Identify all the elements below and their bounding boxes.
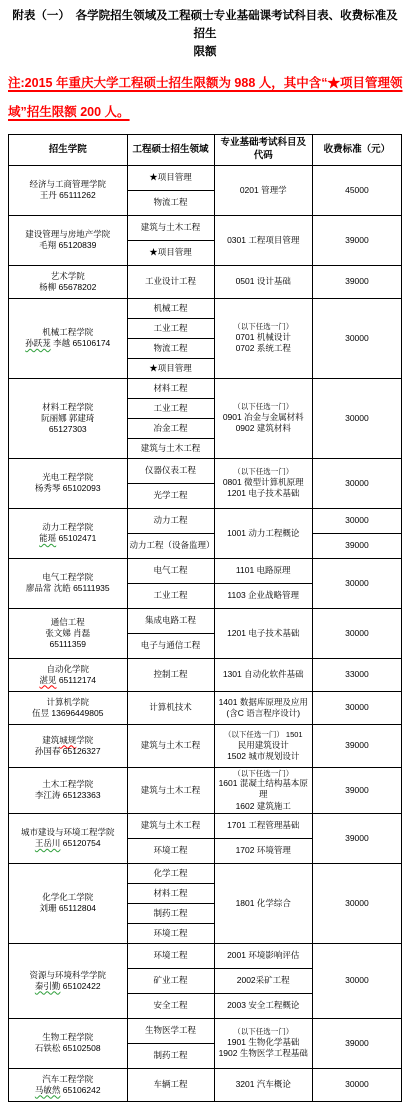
- field-cell: ★项目管理: [127, 240, 214, 265]
- college-contact: 孙国春 65126327: [11, 746, 125, 757]
- fee-cell: 30000: [312, 863, 401, 943]
- field-cell: 工业设计工程: [127, 265, 214, 298]
- field-cell: 生物医学工程: [127, 1018, 214, 1043]
- column-header-field: 工程硕士招生领域: [127, 134, 214, 165]
- field-cell: 材料工程: [127, 883, 214, 903]
- table-row: 生物工程学院 石铁松 65102508 生物医学工程 （以下任选一门） 1901…: [9, 1018, 402, 1043]
- table-row: 光电工程学院 杨秀琴 65102093 仪器仪表工程 （以下任选一门） 0801…: [9, 458, 402, 483]
- field-cell: 物流工程: [127, 338, 214, 358]
- college-cell: 化学化工学院 刘珊 65112804: [9, 863, 128, 943]
- table-row: 土木工程学院 李江涛 65123363 建筑与土木工程 （以下任选一门） 160…: [9, 767, 402, 813]
- college-name: 资源与环境科学学院: [11, 970, 125, 981]
- field-cell: 车辆工程: [127, 1068, 214, 1101]
- exam-cell: （以下任选一门） 0701 机械设计 0702 系统工程: [214, 298, 312, 378]
- college-name: 化学化工学院: [11, 892, 125, 903]
- college-name: 生物工程学院: [11, 1032, 125, 1043]
- exam-option-note: （以下任选一门）: [217, 467, 310, 477]
- exam-options: 0901 冶金与金属材料 0902 建筑材料: [217, 412, 310, 434]
- field-cell: 工业工程: [127, 583, 214, 608]
- fee-cell: 39000: [312, 215, 401, 265]
- field-cell: 矿业工程: [127, 968, 214, 993]
- exam-cell: 2003 安全工程概论: [214, 993, 312, 1018]
- exam-options: 民用建筑设计 1502 城市规划设计: [217, 740, 310, 762]
- college-contact: 杨柳 65678202: [11, 282, 125, 293]
- exam-cell: 1401 数据库原理及应用(含C 语言程序设计): [214, 691, 312, 724]
- field-cell: ★项目管理: [127, 358, 214, 378]
- college-contact: 马敏然 65106242: [11, 1085, 125, 1096]
- college-cell: 建筑城规学院 孙国春 65126327: [9, 724, 128, 767]
- contact-name-misspell: 王岳川: [35, 838, 61, 848]
- table-row: 材料工程学院 阮丽娜 郭建琦 65127303 材料工程 （以下任选一门） 09…: [9, 378, 402, 398]
- fee-cell: 39000: [312, 533, 401, 558]
- field-cell: 材料工程: [127, 378, 214, 398]
- column-header-exam: 专业基础考试科目及代码: [214, 134, 312, 165]
- exam-option-note: （以下任选一门）: [217, 322, 310, 332]
- college-cell: 电气工程学院 廖品常 沈皓 65111935: [9, 558, 128, 608]
- field-cell: 光学工程: [127, 483, 214, 508]
- table-row: 计算机学院 伍昱 13696449805 计算机技术 1401 数据库原理及应用…: [9, 691, 402, 724]
- college-name: 通信工程: [11, 617, 125, 628]
- fee-cell: 30000: [312, 298, 401, 378]
- table-row: 电气工程学院 廖品常 沈皓 65111935 电气工程 1101 电路原理 30…: [9, 558, 402, 583]
- college-cell: 通信工程 张文娣 肖磊 65111359: [9, 608, 128, 658]
- field-cell: ★项目管理: [127, 165, 214, 190]
- college-name: 经济与工商管理学院: [11, 179, 125, 190]
- college-name: 材料工程学院: [11, 402, 125, 413]
- college-contact: 王岳川 65120754: [11, 838, 125, 849]
- college-name: 土木工程学院: [11, 779, 125, 790]
- college-name: 计算机学院: [11, 697, 125, 708]
- exam-cell: 2002采矿工程: [214, 968, 312, 993]
- exam-cell: 1001 动力工程概论: [214, 508, 312, 558]
- exam-cell: 3201 汽车概论: [214, 1068, 312, 1101]
- exam-cell: （以下任选一门） 1501 民用建筑设计 1502 城市规划设计: [214, 724, 312, 767]
- college-name-misspell: 城规: [59, 735, 76, 745]
- college-cell: 计算机学院 伍昱 13696449805: [9, 691, 128, 724]
- exam-cell: （以下任选一门） 1601 混凝土结构基本原理 1602 建筑施工: [214, 767, 312, 813]
- field-cell: 建筑与土木工程: [127, 724, 214, 767]
- college-cell: 机械工程学院 孙跃茏 李越 65106174: [9, 298, 128, 378]
- field-cell: 电气工程: [127, 558, 214, 583]
- exam-cell: 0301 工程项目管理: [214, 215, 312, 265]
- college-name: 机械工程学院: [11, 327, 125, 338]
- college-contact: 能瑶 65102471: [11, 533, 125, 544]
- field-cell: 建筑与土木工程: [127, 215, 214, 240]
- table-row: 艺术学院 杨柳 65678202 工业设计工程 0501 设计基础 39000: [9, 265, 402, 298]
- exam-cell: 1101 电路原理: [214, 558, 312, 583]
- field-cell: 环境工程: [127, 943, 214, 968]
- fee-cell: 30000: [312, 458, 401, 508]
- college-contact-phone: 65111359: [11, 639, 125, 650]
- table-row: 自动化学院 湛见 65112174 控制工程 1301 自动化软件基础 3300…: [9, 658, 402, 691]
- table-row: 建筑城规学院 孙国春 65126327 建筑与土木工程 （以下任选一门） 150…: [9, 724, 402, 767]
- field-cell: 环境工程: [127, 838, 214, 863]
- college-cell: 自动化学院 湛见 65112174: [9, 658, 128, 691]
- college-contact: 王丹 65111262: [11, 190, 125, 201]
- college-contact: 湛见 65112174: [11, 675, 125, 686]
- admissions-table: 招生学院 工程硕士招生领域 专业基础考试科目及代码 收费标准（元） 经济与工商管…: [8, 134, 402, 1102]
- header-row: 招生学院 工程硕士招生领域 专业基础考试科目及代码 收费标准（元）: [9, 134, 402, 165]
- field-cell: 化学工程: [127, 863, 214, 883]
- college-name: 城市建设与环境工程学院: [11, 827, 125, 838]
- college-name: 动力工程学院: [11, 522, 125, 533]
- table-row: 化学化工学院 刘珊 65112804 化学工程 1801 化学综合 30000: [9, 863, 402, 883]
- field-cell: 动力工程: [127, 508, 214, 533]
- field-cell: 建筑与土木工程: [127, 438, 214, 458]
- field-cell: 冶金工程: [127, 418, 214, 438]
- fee-cell: 39000: [312, 265, 401, 298]
- exam-cell: 1701 工程管理基础: [214, 813, 312, 838]
- college-cell: 汽车工程学院 马敏然 65106242: [9, 1068, 128, 1101]
- college-contact: 伍昱 13696449805: [11, 708, 125, 719]
- document-page: 附表（一） 各学院招生领域及工程硕士专业基础课考试科目表、收费标准及招生 限额 …: [0, 0, 410, 1108]
- field-cell: 仪器仪表工程: [127, 458, 214, 483]
- table-row: 城市建设与环境工程学院 王岳川 65120754 建筑与土木工程 1701 工程…: [9, 813, 402, 838]
- contact-name-misspell: 马敏然: [35, 1085, 61, 1095]
- fee-cell: 30000: [312, 1068, 401, 1101]
- exam-option-note: （以下任选一门） 1501: [217, 730, 310, 740]
- contact-name-misspell: 湛见: [39, 675, 56, 685]
- exam-cell: 1201 电子技术基础: [214, 608, 312, 658]
- college-cell: 动力工程学院 能瑶 65102471: [9, 508, 128, 558]
- contact-name-misspell: 秦引勤: [35, 981, 61, 991]
- exam-option-note: （以下任选一门）: [217, 769, 310, 779]
- exam-cell: 1103 企业战略管理: [214, 583, 312, 608]
- college-cell: 土木工程学院 李江涛 65123363: [9, 767, 128, 813]
- table-row: 汽车工程学院 马敏然 65106242 车辆工程 3201 汽车概论 30000: [9, 1068, 402, 1101]
- field-cell: 控制工程: [127, 658, 214, 691]
- exam-options: 0701 机械设计 0702 系统工程: [217, 332, 310, 354]
- exam-cell: 1301 自动化软件基础: [214, 658, 312, 691]
- college-contact: 秦引勤 65102422: [11, 981, 125, 992]
- table-row: 建设管理与房地产学院 毛翔 65120839 建筑与土木工程 0301 工程项目…: [9, 215, 402, 240]
- field-cell: 电子与通信工程: [127, 633, 214, 658]
- college-contact: 李江涛 65123363: [11, 790, 125, 801]
- college-contact: 石铁松 65102508: [11, 1043, 125, 1054]
- exam-cell: （以下任选一门） 1901 生物化学基础 1902 生物医学工程基础: [214, 1018, 312, 1068]
- contact-name-misspell: 能瑶: [39, 533, 56, 543]
- exam-options: 1901 生物化学基础 1902 生物医学工程基础: [217, 1037, 310, 1059]
- field-cell: 安全工程: [127, 993, 214, 1018]
- college-cell: 经济与工商管理学院 王丹 65111262: [9, 165, 128, 215]
- field-cell: 工业工程: [127, 318, 214, 338]
- college-contact: 张文娣 肖磊: [11, 628, 125, 639]
- fee-cell: 30000: [312, 508, 401, 533]
- field-cell: 建筑与土木工程: [127, 813, 214, 838]
- quota-note: 注:2015 年重庆大学工程硕士招生限额为 988 人，其中含“★项目管理领域”…: [8, 69, 403, 125]
- field-cell: 动力工程（设备监理）: [127, 533, 214, 558]
- fee-cell: 39000: [312, 767, 401, 813]
- fee-cell: 30000: [312, 608, 401, 658]
- exam-options: 0801 微型计算机原理 1201 电子技术基础: [217, 477, 310, 499]
- field-cell: 工业工程: [127, 398, 214, 418]
- exam-cell: （以下任选一门） 0901 冶金与金属材料 0902 建筑材料: [214, 378, 312, 458]
- college-cell: 材料工程学院 阮丽娜 郭建琦 65127303: [9, 378, 128, 458]
- exam-option-note: （以下任选一门）: [217, 1027, 310, 1037]
- table-row: 资源与环境科学学院 秦引勤 65102422 环境工程 2001 环境影响评估 …: [9, 943, 402, 968]
- college-cell: 生物工程学院 石铁松 65102508: [9, 1018, 128, 1068]
- field-cell: 物流工程: [127, 190, 214, 215]
- college-contact: 杨秀琴 65102093: [11, 483, 125, 494]
- page-title: 附表（一） 各学院招生领域及工程硕士专业基础课考试科目表、收费标准及招生 限额: [11, 8, 399, 61]
- fee-cell: 30000: [312, 378, 401, 458]
- column-header-college: 招生学院: [9, 134, 128, 165]
- exam-option-note: （以下任选一门）: [217, 402, 310, 412]
- exam-options: 1601 混凝土结构基本原理 1602 建筑施工: [217, 778, 310, 811]
- college-name: 自动化学院: [11, 664, 125, 675]
- page-title-line1: 附表（一） 各学院招生领域及工程硕士专业基础课考试科目表、收费标准及招生: [11, 8, 399, 44]
- fee-cell: 45000: [312, 165, 401, 215]
- field-cell: 计算机技术: [127, 691, 214, 724]
- college-contact: 孙跃茏 李越 65106174: [11, 338, 125, 349]
- fee-cell: 39000: [312, 724, 401, 767]
- college-contact-phone: 65127303: [11, 424, 125, 435]
- exam-cell: 0501 设计基础: [214, 265, 312, 298]
- exam-cell: 2001 环境影响评估: [214, 943, 312, 968]
- table-row: 通信工程 张文娣 肖磊 65111359 集成电路工程 1201 电子技术基础 …: [9, 608, 402, 633]
- fee-cell: 30000: [312, 943, 401, 1018]
- college-contact: 阮丽娜 郭建琦: [11, 413, 125, 424]
- college-cell: 艺术学院 杨柳 65678202: [9, 265, 128, 298]
- college-name: 汽车工程学院: [11, 1074, 125, 1085]
- table-row: 动力工程学院 能瑶 65102471 动力工程 1001 动力工程概论 3000…: [9, 508, 402, 533]
- column-header-fee: 收费标准（元）: [312, 134, 401, 165]
- field-cell: 建筑与土木工程: [127, 767, 214, 813]
- exam-cell: 1702 环境管理: [214, 838, 312, 863]
- fee-cell: 33000: [312, 658, 401, 691]
- college-cell: 建设管理与房地产学院 毛翔 65120839: [9, 215, 128, 265]
- fee-cell: 39000: [312, 1018, 401, 1068]
- page-title-line2: 限额: [11, 44, 399, 62]
- contact-name-misspell: 孙跃茏: [25, 338, 51, 348]
- table-row: 经济与工商管理学院 王丹 65111262 ★项目管理 0201 管理学 450…: [9, 165, 402, 190]
- college-name: 电气工程学院: [11, 572, 125, 583]
- college-contact: 毛翔 65120839: [11, 240, 125, 251]
- college-name: 光电工程学院: [11, 472, 125, 483]
- field-cell: 制药工程: [127, 1043, 214, 1068]
- exam-cell: 1801 化学综合: [214, 863, 312, 943]
- fee-cell: 39000: [312, 813, 401, 863]
- field-cell: 机械工程: [127, 298, 214, 318]
- fee-cell: 30000: [312, 558, 401, 608]
- exam-cell: 0201 管理学: [214, 165, 312, 215]
- college-contact: 廖品常 沈皓 65111935: [11, 583, 125, 594]
- college-name: 建筑城规学院: [11, 735, 125, 746]
- college-cell: 城市建设与环境工程学院 王岳川 65120754: [9, 813, 128, 863]
- table-row: 机械工程学院 孙跃茏 李越 65106174 机械工程 （以下任选一门） 070…: [9, 298, 402, 318]
- college-name: 建设管理与房地产学院: [11, 229, 125, 240]
- college-contact: 刘珊 65112804: [11, 903, 125, 914]
- quota-note-text: 注:2015 年重庆大学工程硕士招生限额为 988 人，其中含“★项目管理领域”…: [8, 76, 403, 118]
- field-cell: 集成电路工程: [127, 608, 214, 633]
- fee-cell: 30000: [312, 691, 401, 724]
- exam-cell: （以下任选一门） 0801 微型计算机原理 1201 电子技术基础: [214, 458, 312, 508]
- college-name: 艺术学院: [11, 271, 125, 282]
- college-cell: 光电工程学院 杨秀琴 65102093: [9, 458, 128, 508]
- field-cell: 环境工程: [127, 923, 214, 943]
- college-cell: 资源与环境科学学院 秦引勤 65102422: [9, 943, 128, 1018]
- field-cell: 制药工程: [127, 903, 214, 923]
